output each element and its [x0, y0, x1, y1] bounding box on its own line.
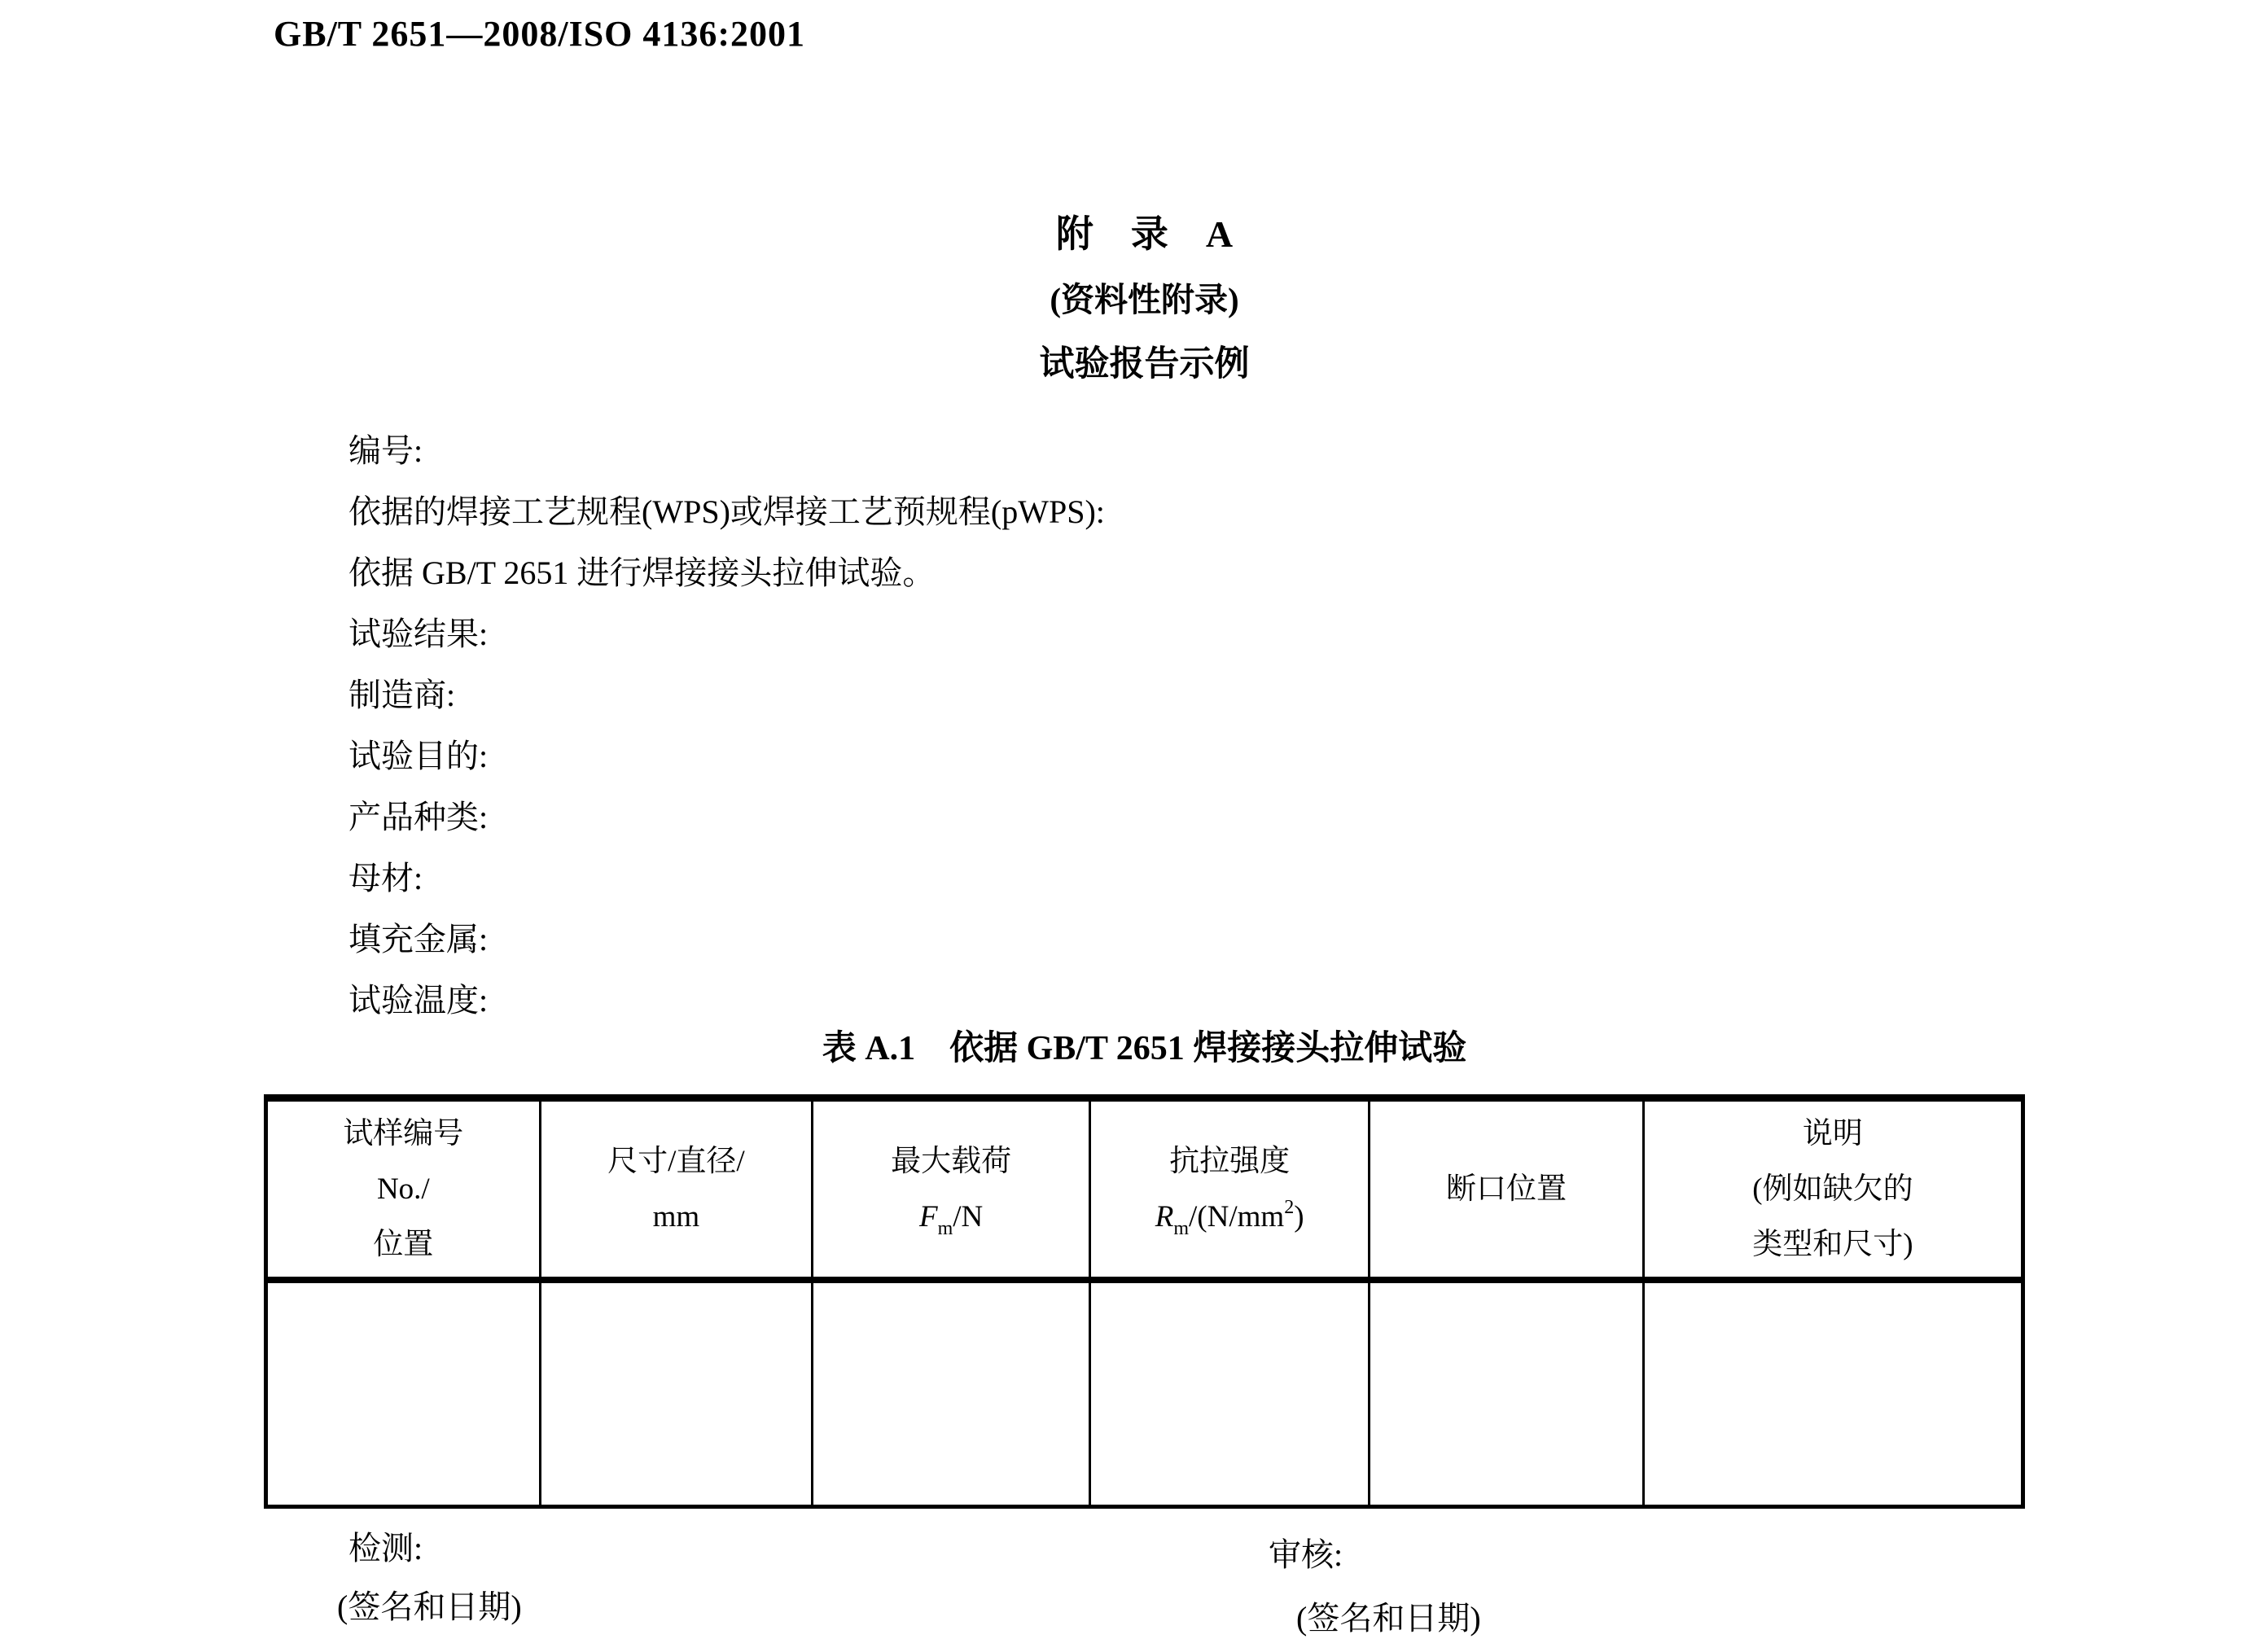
field-filler-metal: 填充金属: — [348, 909, 1105, 970]
field-test-result: 试验结果: — [348, 603, 1105, 664]
field-manufacturer: 制造商: — [348, 664, 1105, 725]
inspection-label: 检测: — [348, 1527, 423, 1570]
field-test-temperature: 试验温度: — [348, 970, 1105, 1031]
col-header-remarks: 说明 (例如缺欠的 类型和尺寸) — [1643, 1098, 2023, 1281]
tensile-test-table: 试样编号 No./ 位置 尺寸/直径/ mm 最大载荷 Fm/N 抗拉强度 Rm… — [264, 1094, 2025, 1509]
table-empty-row — [266, 1280, 2023, 1507]
empty-cell-specimen-no — [266, 1280, 541, 1507]
empty-cell-remarks — [1643, 1280, 2023, 1507]
col-header-max-load: 最大载荷 Fm/N — [813, 1098, 1090, 1281]
review-label: 审核: — [1269, 1534, 1343, 1576]
field-test-purpose: 试验目的: — [348, 725, 1105, 787]
field-product-type: 产品种类: — [348, 787, 1105, 848]
review-signature-note: (签名和日期) — [1296, 1597, 1481, 1640]
field-test-basis: 依据 GB/T 2651 进行焊接接头拉伸试验。 — [348, 542, 1105, 603]
tensile-strength-symbol: Rm/(N/mm2) — [1091, 1190, 1368, 1245]
empty-cell-fracture-location — [1370, 1280, 1644, 1507]
empty-cell-tensile-strength — [1090, 1280, 1370, 1507]
field-parent-material: 母材: — [348, 848, 1105, 909]
standard-number: GB/T 2651—2008/ISO 4136:2001 — [274, 13, 805, 55]
field-wps-reference: 依据的焊接工艺规程(WPS)或焊接工艺预规程(pWPS): — [348, 481, 1105, 542]
document-page: GB/T 2651—2008/ISO 4136:2001 附 录 A (资料性附… — [0, 0, 2244, 1652]
max-load-symbol: Fm/N — [813, 1190, 1089, 1245]
field-number: 编号: — [348, 420, 1105, 481]
appendix-heading: 试验报告示例 — [264, 332, 2025, 397]
report-field-list: 编号: 依据的焊接工艺规程(WPS)或焊接工艺预规程(pWPS): 依据 GB/… — [348, 420, 1105, 1031]
appendix-title: 附 录 A — [264, 202, 2025, 267]
col-header-tensile-strength: 抗拉强度 Rm/(N/mm2) — [1090, 1098, 1370, 1281]
empty-cell-max-load — [813, 1280, 1090, 1507]
table-header-row: 试样编号 No./ 位置 尺寸/直径/ mm 最大载荷 Fm/N 抗拉强度 Rm… — [266, 1098, 2023, 1281]
table-title: 表 A.1 依据 GB/T 2651 焊接接头拉伸试验 — [264, 1024, 2025, 1073]
inspection-signature-note: (签名和日期) — [337, 1586, 522, 1628]
col-header-specimen-no: 试样编号 No./ 位置 — [266, 1098, 541, 1281]
appendix-type-note: (资料性附录) — [264, 267, 2025, 332]
col-header-fracture-location: 断口位置 — [1370, 1098, 1644, 1281]
appendix-title-block: 附 录 A (资料性附录) 试验报告示例 — [264, 202, 2025, 397]
empty-cell-dimensions — [540, 1280, 812, 1507]
col-header-dimensions: 尺寸/直径/ mm — [540, 1098, 812, 1281]
